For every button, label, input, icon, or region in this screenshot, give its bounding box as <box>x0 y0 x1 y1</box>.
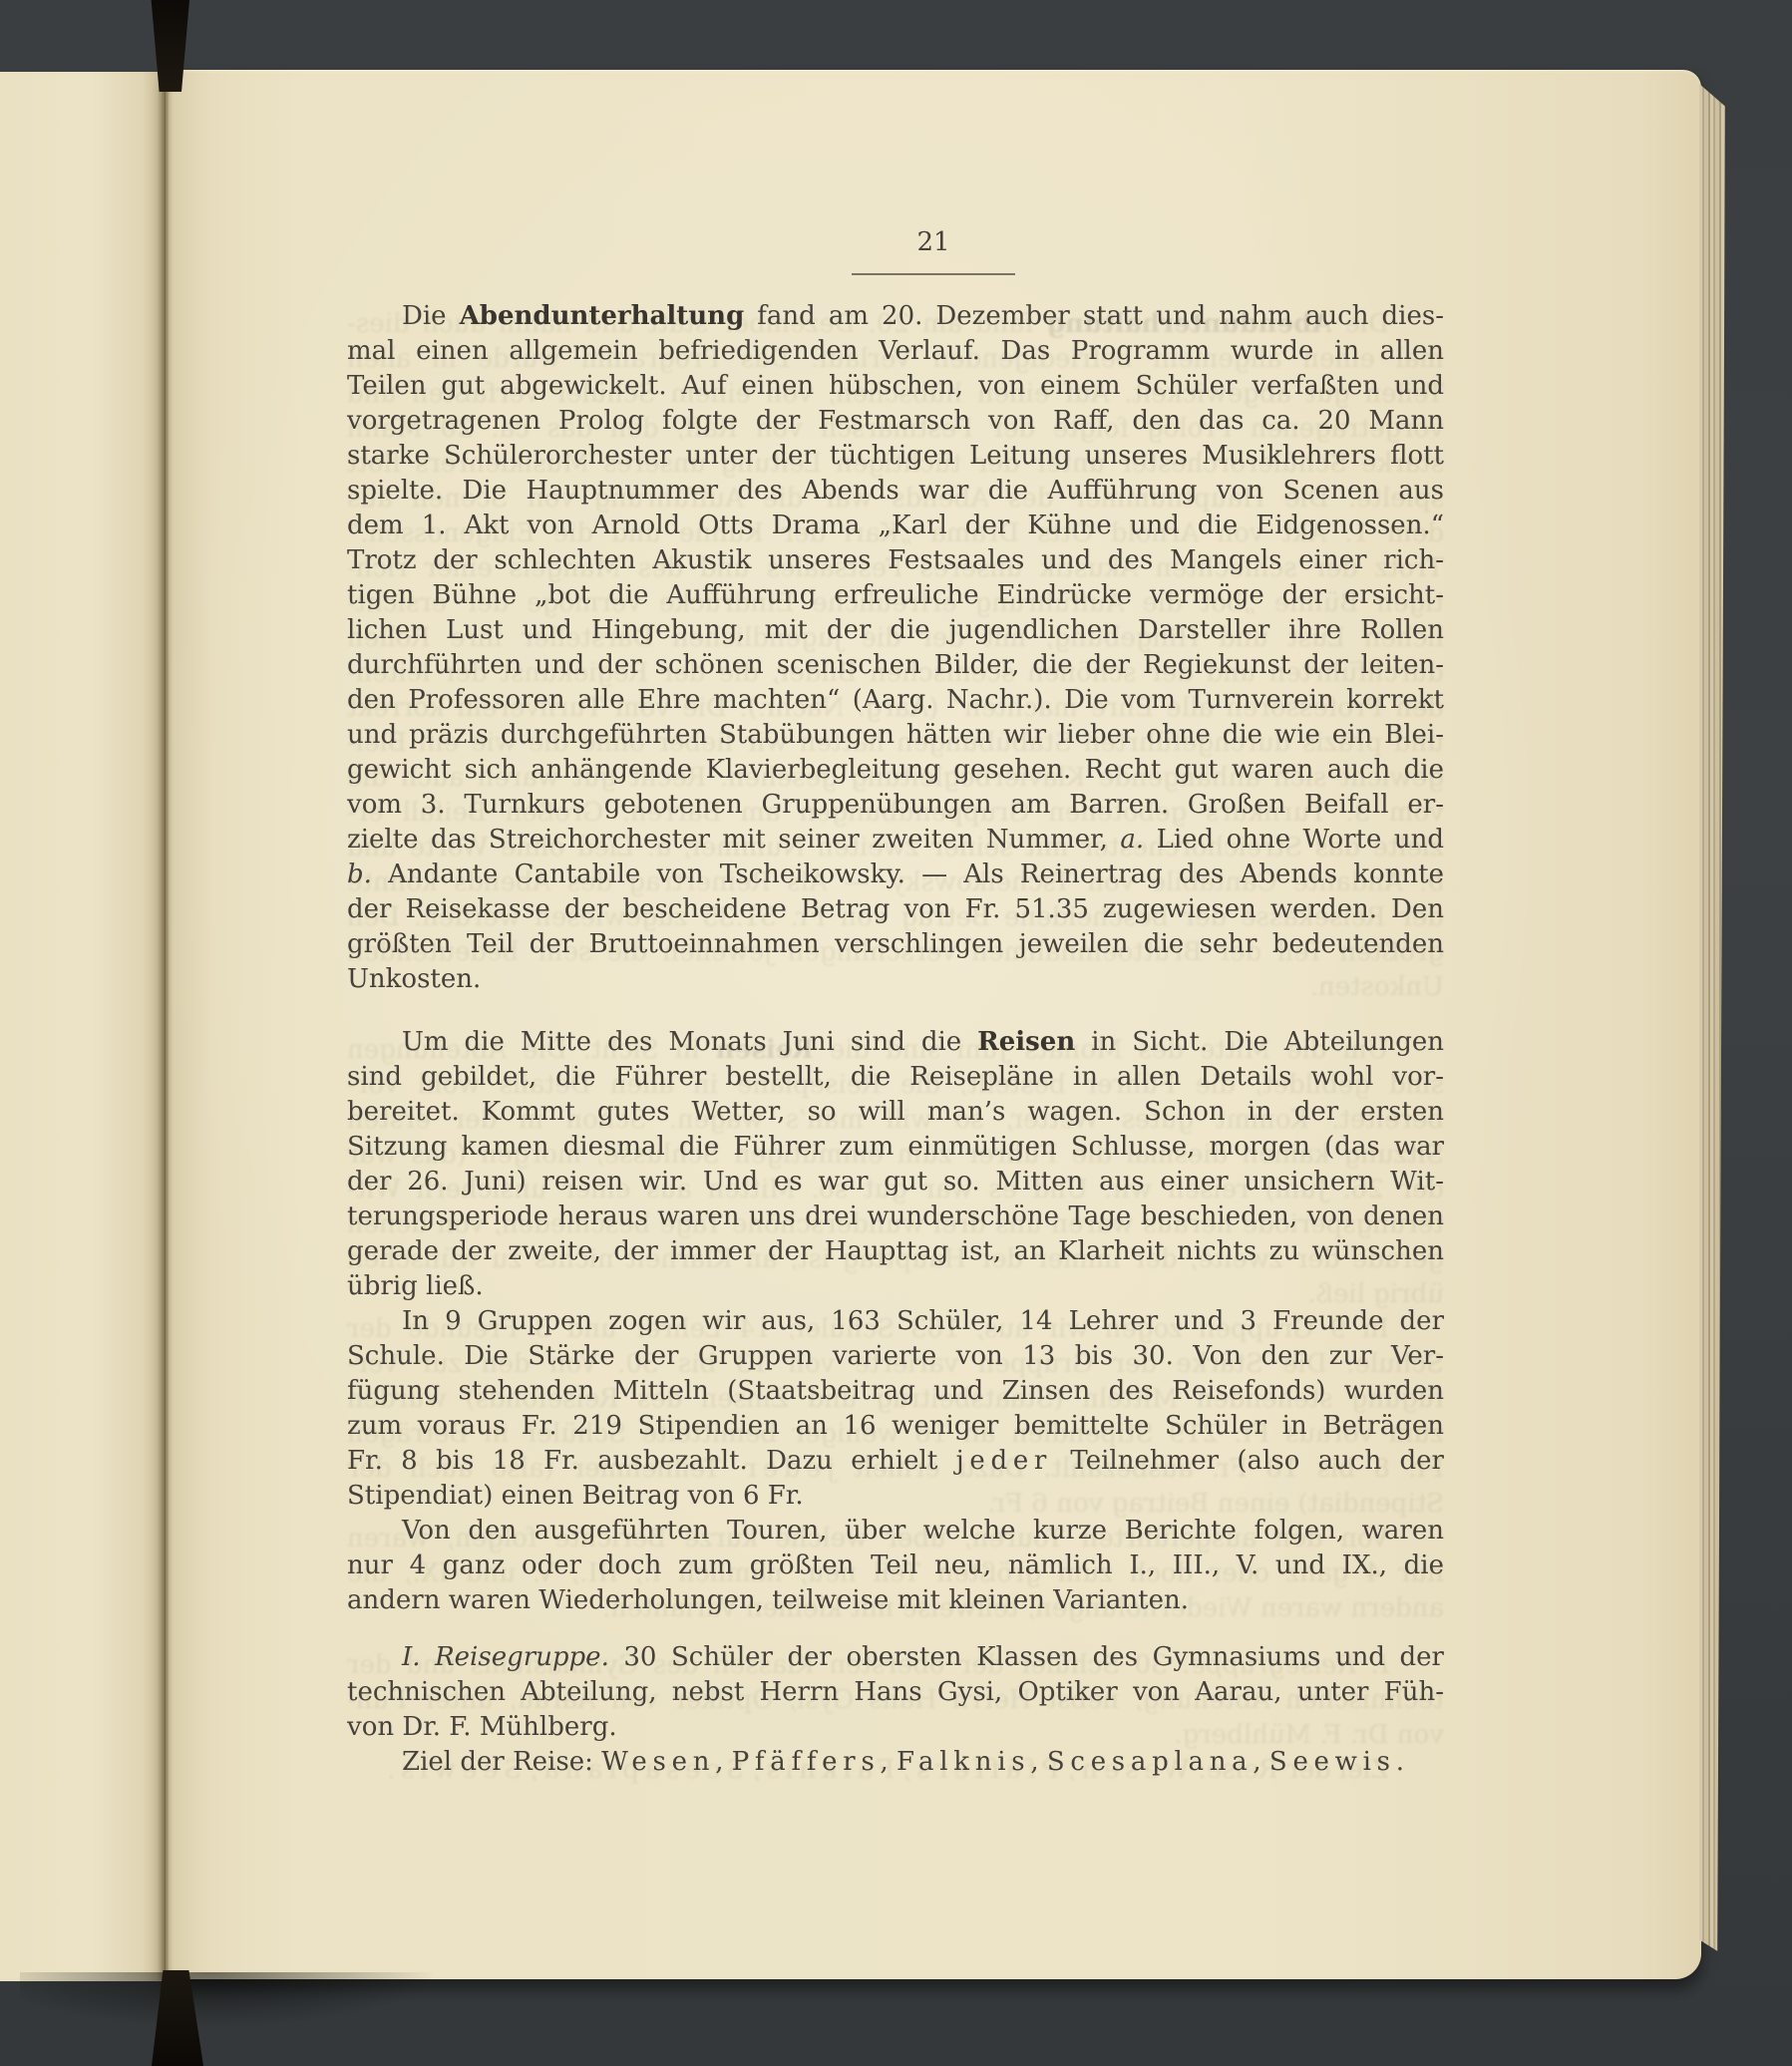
text-segment: der 26. Juni) reisen wir. Und es war gut… <box>347 1167 1444 1197</box>
text-line: spielte. Die Hauptnummer des Abends war … <box>347 474 1444 509</box>
text-segment: Seewis <box>1269 1747 1396 1777</box>
text-line: Die Abendunterhaltung fand am 20. Dezemb… <box>347 299 1444 334</box>
text-line: tigen Bühne „bot die Aufführung erfreuli… <box>347 578 1444 613</box>
paragraph: Von den ausgeführten Touren, über welche… <box>347 1514 1444 1618</box>
text-segment: Die <box>402 301 460 331</box>
page-stack-edge <box>1699 84 1725 1962</box>
text-segment: mal einen allgemein befriedigenden Verla… <box>347 336 1444 366</box>
text-segment: der Reisekasse der bescheidene Betrag vo… <box>347 894 1444 924</box>
text-segment: Lied ohne Worte und <box>1144 825 1444 855</box>
text-segment: technischen Abteilung, nebst Herrn Hans … <box>347 1677 1444 1707</box>
text-segment: gerade der zweite, der immer der Hauptta… <box>347 1236 1444 1266</box>
text-segment: Scesaplana <box>1047 1747 1254 1777</box>
text-line: Fr. 8 bis 18 Fr. ausbezahlt. Dazu erhiel… <box>347 1444 1444 1479</box>
text-line: gewicht sich anhängende Klavierbegleitun… <box>347 753 1444 788</box>
text-segment: starke Schülerorchester unter der tüchti… <box>347 441 1444 471</box>
text-segment: zielte das Streichorchester mit seiner z… <box>347 825 1120 855</box>
text-segment: fand am 20. Dezember statt und nahm auch… <box>744 301 1444 331</box>
text-line: Unkosten. <box>347 962 1444 997</box>
text-segment: durchführten und der schönen scenischen … <box>347 650 1444 680</box>
text-line: vom 3. Turnkurs gebotenen Gruppenübungen… <box>347 788 1444 823</box>
text-segment: Teilnehmer (also auch der <box>1052 1446 1444 1476</box>
text-segment: In 9 Gruppen zogen wir aus, 163 Schüler,… <box>402 1306 1444 1336</box>
text-line: dem 1. Akt von Arnold Otts Drama „Karl d… <box>347 509 1444 543</box>
text-line: mal einen allgemein befriedigenden Verla… <box>347 334 1444 369</box>
scanned-book-photo: 21 Die Abendunterhaltung fand am 20. Dez… <box>0 0 1792 2066</box>
text-line: gerade der zweite, der immer der Hauptta… <box>347 1234 1444 1269</box>
text-segment: dem 1. Akt von Arnold Otts Drama „Karl d… <box>347 511 1444 540</box>
facing-page-edge <box>0 72 166 1981</box>
text-segment: Von den ausgeführten Touren, über welche… <box>402 1516 1444 1546</box>
page-number: 21 <box>859 227 1008 257</box>
text-segment: Unkosten. <box>347 964 481 994</box>
text-segment: größten Teil der Bruttoeinnahmen verschl… <box>347 929 1444 959</box>
text-segment: Um die Mitte des Monats Juni sind die <box>402 1027 977 1057</box>
text-line: größten Teil der Bruttoeinnahmen verschl… <box>347 927 1444 962</box>
text-line: I. Reisegruppe. 30 Schüler der obersten … <box>347 1640 1444 1675</box>
text-segment: andern waren Wiederholungen, teilweise m… <box>347 1585 1189 1615</box>
text-segment: Teilen gut abgewickelt. Auf einen hübsch… <box>347 371 1444 401</box>
text-segment: I. Reisegruppe. <box>402 1642 609 1672</box>
text-line: zum voraus Fr. 219 Stipendien an 16 weni… <box>347 1409 1444 1444</box>
book-page: 21 Die Abendunterhaltung fand am 20. Dez… <box>166 70 1701 1979</box>
text-line: fügung stehenden Mitteln (Staatsbeitrag … <box>347 1374 1444 1409</box>
text-segment: , <box>715 1747 732 1777</box>
text-segment: gewicht sich anhängende Klavierbegleitun… <box>347 755 1444 785</box>
text-line: nur 4 ganz oder doch zum größten Teil ne… <box>347 1549 1444 1583</box>
text-line: Ziel der Reise: Wesen, Pfäffers, Falknis… <box>347 1745 1444 1780</box>
text-segment: Sitzung kamen diesmal die Führer zum ein… <box>347 1132 1444 1162</box>
text-segment: spielte. Die Hauptnummer des Abends war … <box>347 476 1444 506</box>
page-text: Die Abendunterhaltung fand am 20. Dezemb… <box>347 299 1444 1780</box>
text-line: Stipendiat) einen Beitrag von 6 Fr. <box>347 1479 1444 1514</box>
text-line: zielte das Streichorchester mit seiner z… <box>347 823 1444 858</box>
text-line: Sitzung kamen diesmal die Führer zum ein… <box>347 1130 1444 1165</box>
text-segment: Ziel der Reise: <box>402 1747 601 1777</box>
text-line: übrig ließ. <box>347 1269 1444 1304</box>
text-segment: sind gebildet, die Führer bestellt, die … <box>347 1062 1444 1092</box>
page-gutter-crease <box>158 70 174 1980</box>
text-segment: 30 Schüler der obersten Klassen des Gymn… <box>609 1642 1444 1672</box>
text-segment: übrig ließ. <box>347 1271 484 1301</box>
text-line: Von den ausgeführten Touren, über welche… <box>347 1514 1444 1549</box>
text-line: Teilen gut abgewickelt. Auf einen hübsch… <box>347 369 1444 404</box>
text-segment: Falknis <box>896 1747 1030 1777</box>
text-segment: Reisen <box>977 1027 1075 1057</box>
text-segment: zum voraus Fr. 219 Stipendien an 16 weni… <box>347 1411 1444 1441</box>
paragraph: Ziel der Reise: Wesen, Pfäffers, Falknis… <box>347 1745 1444 1780</box>
page-shadow <box>20 1972 439 2028</box>
text-line: technischen Abteilung, nebst Herrn Hans … <box>347 1675 1444 1710</box>
text-segment: Stipendiat) einen Beitrag von 6 Fr. <box>347 1481 804 1511</box>
paragraph: I. Reisegruppe. 30 Schüler der obersten … <box>347 1640 1444 1745</box>
text-segment: . <box>1396 1747 1404 1777</box>
text-line: den Professoren alle Ehre machten“ (Aarg… <box>347 683 1444 718</box>
text-segment: lichen Lust und Hingebung, mit der die j… <box>347 615 1444 645</box>
text-line: lichen Lust und Hingebung, mit der die j… <box>347 613 1444 648</box>
paragraph: In 9 Gruppen zogen wir aus, 163 Schüler,… <box>347 1304 1444 1514</box>
text-segment: a. <box>1120 825 1144 855</box>
text-line: b. Andante Cantabile von Tscheikowsky. —… <box>347 858 1444 892</box>
text-line: Um die Mitte des Monats Juni sind die Re… <box>347 1025 1444 1060</box>
text-segment: , <box>881 1747 897 1777</box>
text-segment: jeder <box>956 1446 1053 1476</box>
text-segment: Trotz der schlechten Akustik unseres Fes… <box>347 545 1444 575</box>
text-segment: Pfäffers <box>732 1747 881 1777</box>
text-line: durchführten und der schönen scenischen … <box>347 648 1444 683</box>
text-line: vorgetragenen Prolog folgte der Festmars… <box>347 404 1444 439</box>
text-segment: terungsperiode heraus waren uns drei wun… <box>347 1202 1444 1231</box>
text-segment: vorgetragenen Prolog folgte der Festmars… <box>347 406 1444 436</box>
text-line: andern waren Wiederholungen, teilweise m… <box>347 1583 1444 1618</box>
text-segment: Abendunterhaltung <box>460 301 745 331</box>
text-segment: und präzis durchgeführten Stabübungen hä… <box>347 720 1444 750</box>
text-line: Schule. Die Stärke der Gruppen varierte … <box>347 1339 1444 1374</box>
text-line: In 9 Gruppen zogen wir aus, 163 Schüler,… <box>347 1304 1444 1339</box>
text-segment: den Professoren alle Ehre machten“ (Aarg… <box>347 685 1444 715</box>
text-line: von Dr. F. Mühlberg. <box>347 1710 1444 1745</box>
text-segment: , <box>1253 1747 1269 1777</box>
text-segment: bereitet. Kommt gutes Wetter, so will ma… <box>347 1097 1444 1127</box>
text-segment: , <box>1030 1747 1047 1777</box>
text-line: Trotz der schlechten Akustik unseres Fes… <box>347 543 1444 578</box>
paragraph: Um die Mitte des Monats Juni sind die Re… <box>347 1025 1444 1304</box>
paragraph: Die Abendunterhaltung fand am 20. Dezemb… <box>347 299 1444 997</box>
page-number-rule <box>852 273 1015 275</box>
text-line: der Reisekasse der bescheidene Betrag vo… <box>347 892 1444 927</box>
text-segment: in Sicht. Die Abteilungen <box>1075 1027 1444 1057</box>
text-line: der 26. Juni) reisen wir. Und es war gut… <box>347 1165 1444 1200</box>
text-segment: fügung stehenden Mitteln (Staatsbeitrag … <box>347 1376 1444 1406</box>
text-line: terungsperiode heraus waren uns drei wun… <box>347 1200 1444 1234</box>
text-segment: vom 3. Turnkurs gebotenen Gruppenübungen… <box>347 790 1444 820</box>
text-segment: Schule. Die Stärke der Gruppen varierte … <box>347 1341 1444 1371</box>
text-line: sind gebildet, die Führer bestellt, die … <box>347 1060 1444 1095</box>
text-segment: tigen Bühne „bot die Aufführung erfreuli… <box>347 580 1444 610</box>
text-line: starke Schülerorchester unter der tüchti… <box>347 439 1444 474</box>
text-segment: von Dr. F. Mühlberg. <box>347 1712 617 1742</box>
text-segment: b. <box>347 860 372 889</box>
text-segment: Wesen <box>601 1747 715 1777</box>
text-line: bereitet. Kommt gutes Wetter, so will ma… <box>347 1095 1444 1130</box>
text-segment: Andante Cantabile von Tscheikowsky. — Al… <box>372 860 1444 889</box>
text-segment: Fr. 8 bis 18 Fr. ausbezahlt. Dazu erhiel… <box>347 1446 956 1476</box>
text-line: und präzis durchgeführten Stabübungen hä… <box>347 718 1444 753</box>
text-segment: nur 4 ganz oder doch zum größten Teil ne… <box>347 1550 1444 1580</box>
